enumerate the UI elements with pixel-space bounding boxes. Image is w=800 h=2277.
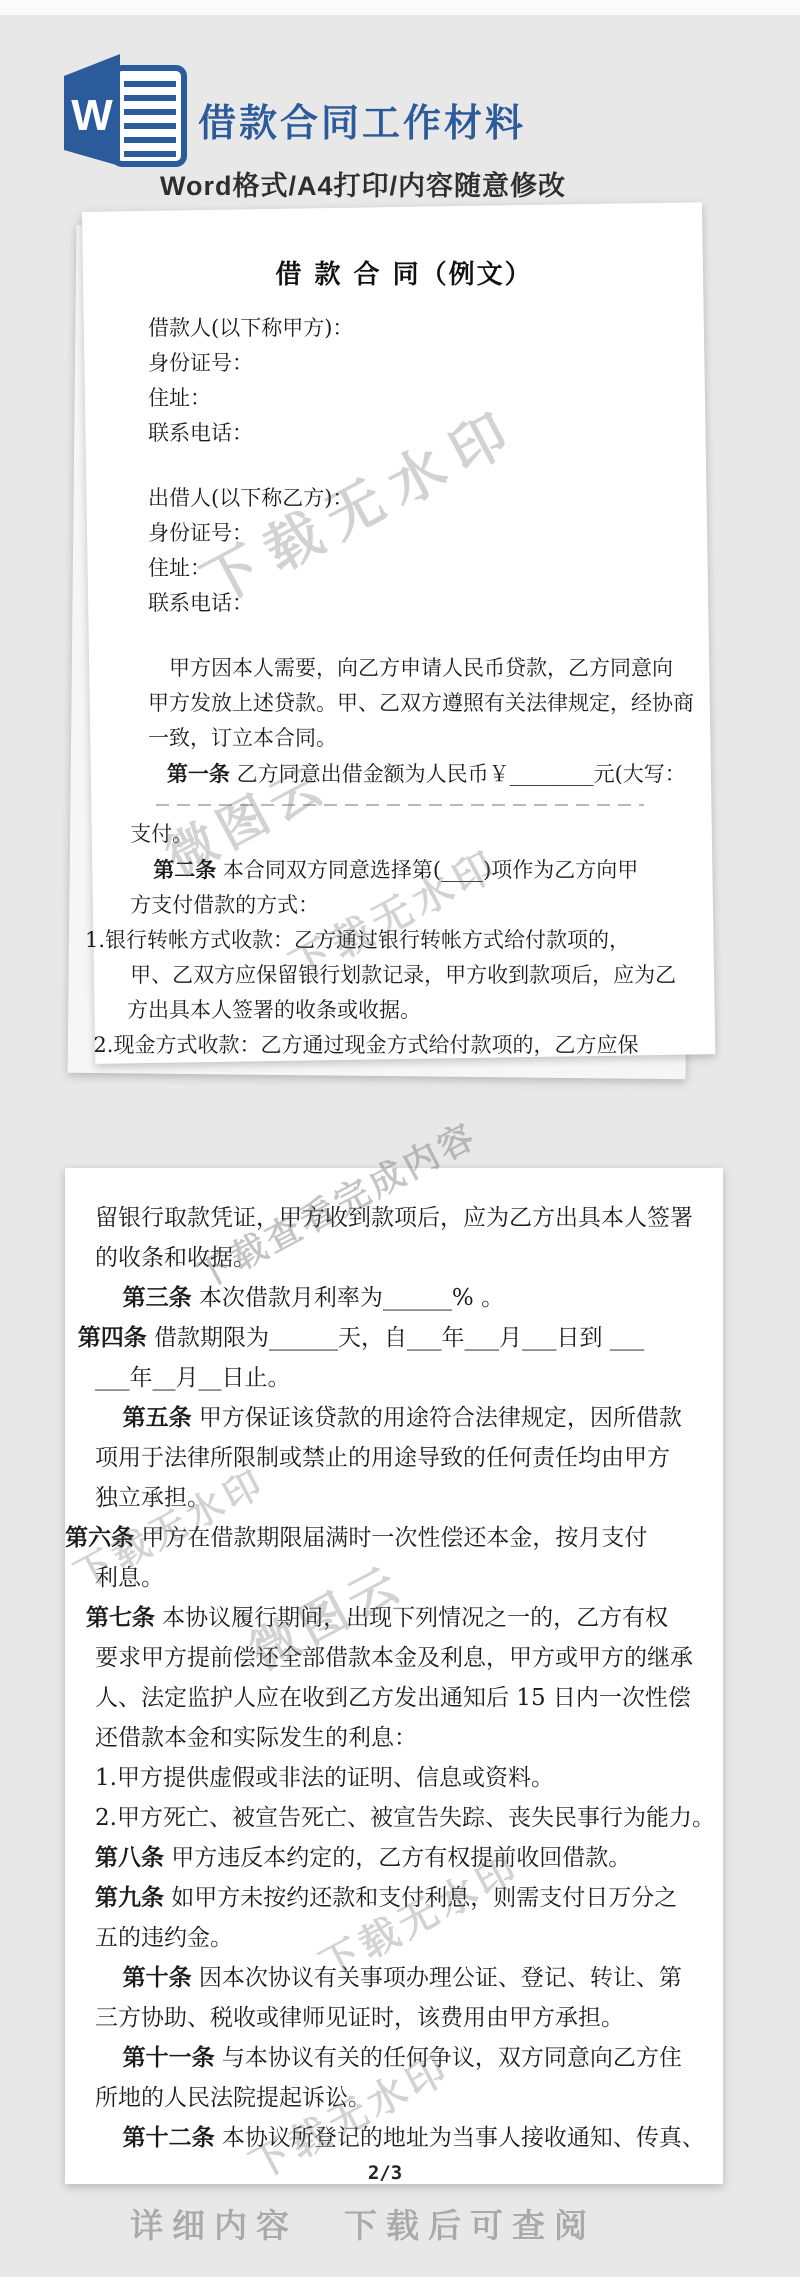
document-line: 第二条 本合同双方同意选择第(____)项作为乙方向甲 [153, 852, 660, 888]
document-line: 独立承担。 [95, 1478, 675, 1518]
document-line: 借款人(以下称甲方)： [148, 311, 660, 346]
document-line: 方出具本人签署的收条或收据。 [127, 993, 660, 1028]
document-line: 方支付借款的方式： [130, 888, 660, 923]
document-line: 所地的人民法院提起诉讼。 [95, 2078, 675, 2118]
page2-lines: 留银行取款凭证，甲方收到款项后，应为乙方出具本人签署的收条和收据。第三条 本次借… [95, 1198, 675, 2158]
page-title: 借款合同工作材料 [198, 92, 526, 147]
footer-download-label: 下载后可查阅 [344, 2200, 596, 2247]
document-line: 1.甲方提供虚假或非法的证明、信息或资料。 [95, 1758, 675, 1798]
document-line: 利息。 [95, 1558, 675, 1598]
document-line [148, 621, 660, 651]
document-line: 1.银行转帐方式收款：乙方通过银行转帐方式给付款项的， [85, 923, 660, 958]
document-line: 甲、乙双方应保留银行划款记录，甲方收到款项后，应为乙 [130, 958, 660, 993]
document-line: 一致，订立本合同。 [148, 721, 660, 756]
document-line: 身份证号： [148, 346, 660, 381]
page2-text: 留银行取款凭证，甲方收到款项后，应为乙方出具本人签署的收条和收据。第三条 本次借… [95, 1198, 675, 2184]
document-line: 第一条 乙方同意出借金额为人民币￥________元(大写： [167, 756, 660, 792]
document-line: 第十条 因本次协议有关事项办理公证、登记、转让、第 [123, 1958, 675, 1998]
document-line: 身份证号： [148, 516, 660, 551]
document-line: ___年__月__日止。 [95, 1358, 675, 1398]
document-line: 第五条 甲方保证该贷款的用途符合法律规定，因所借款 [123, 1398, 675, 1438]
document-line: 联系电话： [148, 416, 660, 451]
document-line: 支付。 [130, 817, 660, 852]
document-line: 住址： [148, 381, 660, 416]
document-line [148, 451, 660, 481]
document-line: 五的违约金。 [95, 1918, 675, 1958]
page-subtitle: Word格式/A4打印/内容随意修改 [160, 164, 566, 203]
document-line [156, 804, 644, 806]
template-preview-page: W 借款合同工作材料 Word格式/A4打印/内容随意修改 借 款 合 同（例文… [0, 0, 800, 2277]
page1-lines: 借款人(以下称甲方)：身份证号：住址：联系电话：出借人(以下称乙方)：身份证号：… [148, 311, 660, 1063]
document-line: 第七条 本协议履行期间，出现下列情况之一的，乙方有权 [86, 1598, 675, 1638]
footer: 详细内容 下载后可查阅 [130, 2200, 596, 2247]
page1-text: 借 款 合 同（例文） 借款人(以下称甲方)：身份证号：住址：联系电话：出借人(… [148, 230, 660, 1063]
document-line: 第八条 甲方违反本约定的，乙方有权提前收回借款。 [95, 1838, 675, 1878]
word-document-icon: W [64, 54, 188, 168]
document-line: 第十一条 与本协议有关的任何争议，双方同意向乙方住 [123, 2038, 675, 2078]
document-line: 甲方因本人需要，向乙方申请人民币贷款，乙方同意向 [169, 651, 660, 686]
document-line: 三方协助、税收或律师见证时，该费用由甲方承担。 [95, 1998, 675, 2038]
document-line: 甲方发放上述贷款。甲、乙双方遵照有关法律规定，经协商 [148, 686, 660, 721]
top-strip [0, 0, 800, 15]
document-line: 项用于法律所限制或禁止的用途导致的任何责任均由甲方 [95, 1438, 675, 1478]
document-line: 第三条 本次借款月利率为______% 。 [123, 1278, 675, 1318]
document-line: 第九条 如甲方未按约还款和支付利息，则需支付日万分之 [95, 1878, 675, 1918]
document-line: 第六条 甲方在借款期限届满时一次性偿还本金，按月支付 [65, 1518, 675, 1558]
footer-detail-label: 详细内容 [130, 2200, 298, 2247]
document-line: 第十二条 本协议所登记的地址为当事人接收通知、传真、 [123, 2118, 675, 2158]
word-logo-letter: W [71, 91, 113, 140]
document-line: 联系电话： [148, 586, 660, 621]
document-line: 的收条和收据。 [95, 1238, 675, 1278]
document-line: 2.甲方死亡、被宣告死亡、被宣告失踪、丧失民事行为能力。 [95, 1798, 675, 1838]
contract-title: 借 款 合 同（例文） [148, 254, 660, 291]
document-line: 住址： [148, 551, 660, 586]
document-line: 2.现金方式收款：乙方通过现金方式给付款项的，乙方应保 [93, 1028, 660, 1063]
document-line: 第四条 借款期限为______天，自___年___月___日到 ___ [78, 1318, 675, 1358]
document-line: 人、法定监护人应在收到乙方发出通知后 15 日内一次性偿 [95, 1678, 675, 1718]
document-line: 出借人(以下称乙方)： [148, 481, 660, 516]
page-number: 2/3 [95, 2162, 675, 2184]
document-line: 留银行取款凭证，甲方收到款项后，应为乙方出具本人签署 [95, 1198, 675, 1238]
document-line: 还借款本金和实际发生的利息： [95, 1718, 675, 1758]
document-line: 要求甲方提前偿还全部借款本金及利息，甲方或甲方的继承 [95, 1638, 675, 1678]
